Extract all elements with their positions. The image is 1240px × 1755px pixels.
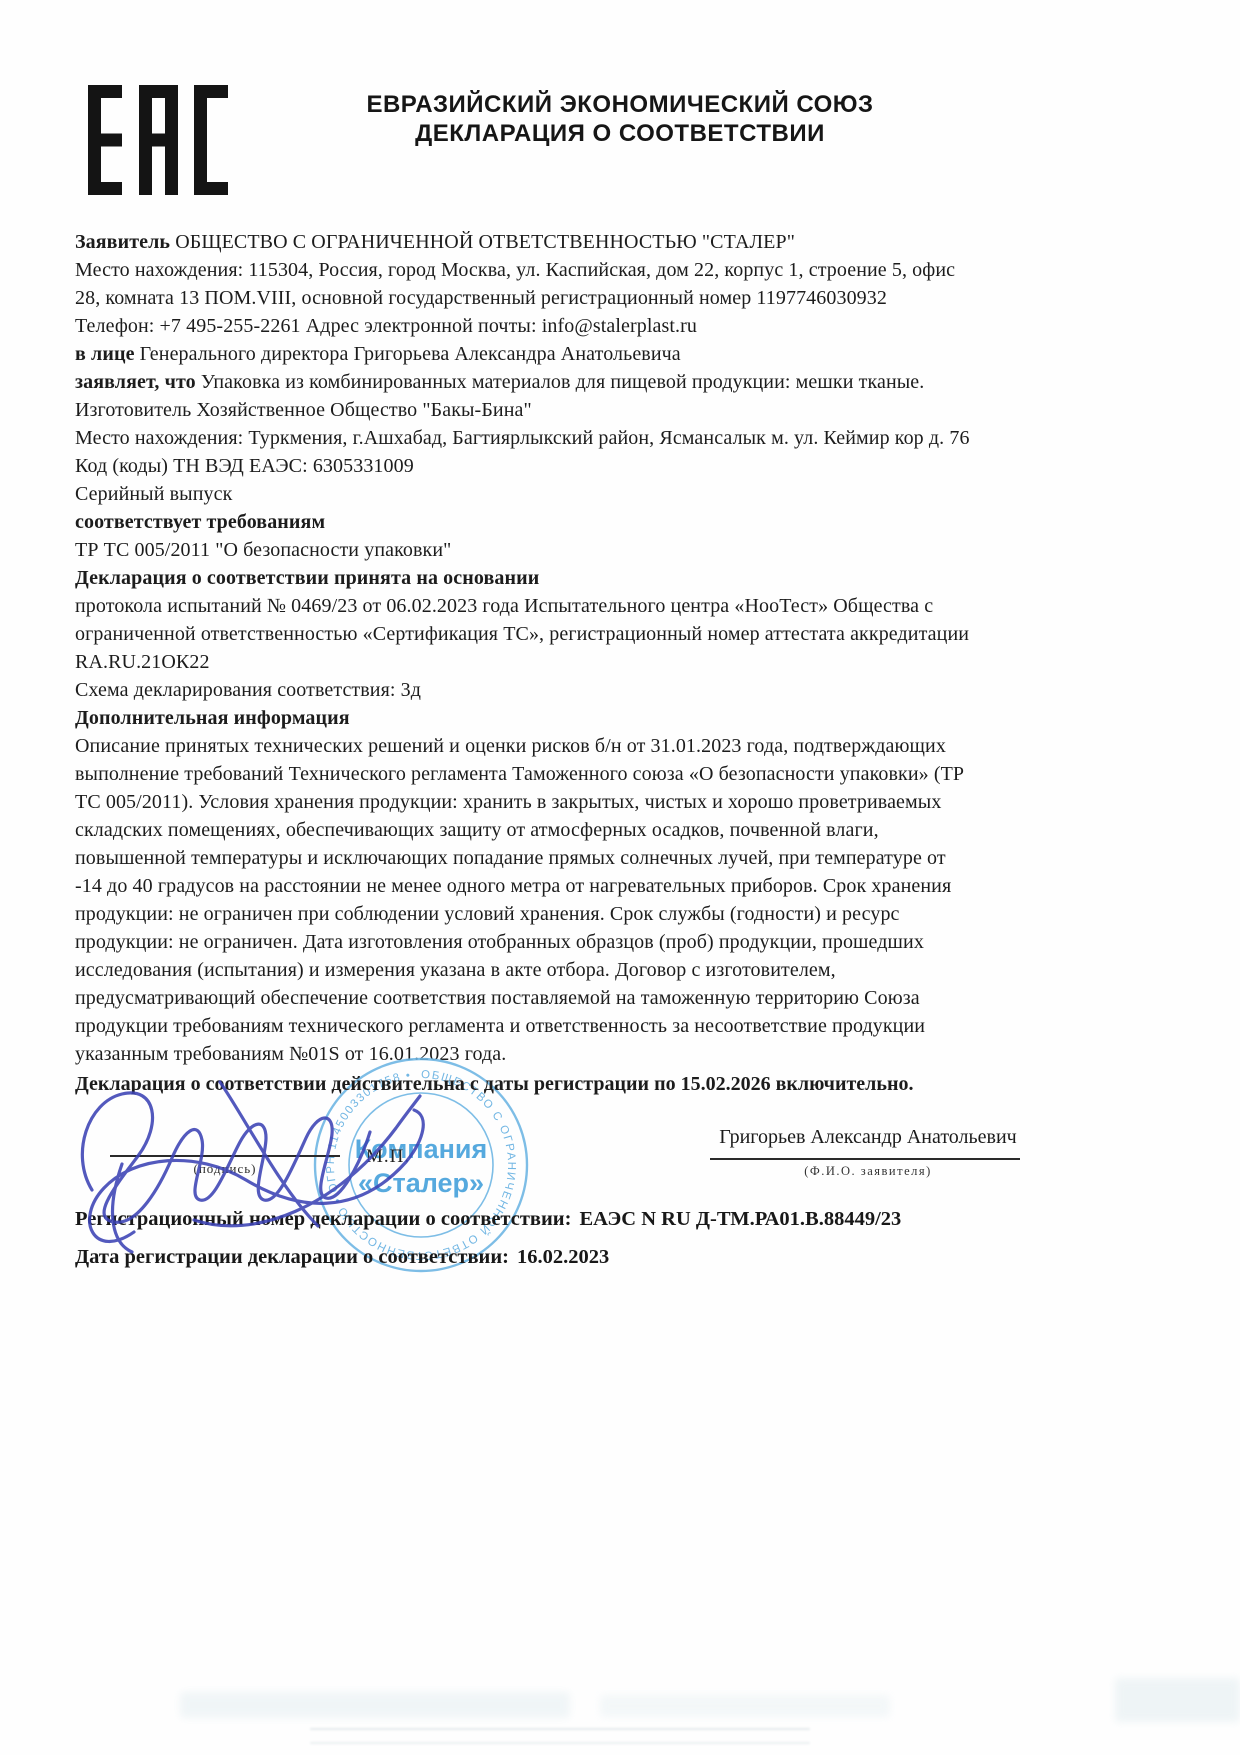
document-body: Заявитель ОБЩЕСТВО С ОГРАНИЧЕННОЙ ОТВЕТС… — [75, 228, 1055, 1068]
scan-ghost-artifact — [310, 1742, 810, 1744]
declarant-line — [710, 1158, 1020, 1160]
scan-ghost-artifact — [1115, 1678, 1240, 1722]
document-line: Код (коды) ТН ВЭД ЕАЭС: 6305331009 — [75, 452, 1055, 480]
document-line: в лице Генерального директора Григорьева… — [75, 340, 1055, 368]
registration-date-value: 16.02.2023 — [517, 1246, 609, 1268]
document-title: ЕВРАЗИЙСКИЙ ЭКОНОМИЧЕСКИЙ СОЮЗ ДЕКЛАРАЦИ… — [280, 90, 960, 148]
document-line: продукции требованиям технического регла… — [75, 1012, 1055, 1040]
scan-ghost-artifact — [180, 1692, 570, 1718]
document-line: Серийный выпуск — [75, 480, 1055, 508]
scan-ghost-artifact — [310, 1728, 810, 1730]
document-line: RA.RU.21ОК22 — [75, 648, 1055, 676]
declarant-caption: (Ф.И.О. заявителя) — [718, 1164, 1018, 1179]
document-line: предусматривающий обеспечение соответств… — [75, 984, 1055, 1012]
document-line: соответствует требованиям — [75, 508, 1055, 536]
document-line: заявляет, что Упаковка из комбинированны… — [75, 368, 1055, 396]
document-line: Телефон: +7 495-255-2261 Адрес электронн… — [75, 312, 1055, 340]
document-line: ТР ТС 005/2011 "О безопасности упаковки" — [75, 536, 1055, 564]
document-line: продукции: не ограничен. Дата изготовлен… — [75, 928, 1055, 956]
document-line: протокола испытаний № 0469/23 от 06.02.2… — [75, 592, 1055, 620]
document-line: Описание принятых технических решений и … — [75, 732, 1055, 760]
document-line: Место нахождения: Туркмения, г.Ашхабад, … — [75, 424, 1055, 452]
document-line: ограниченной ответственностью «Сертифика… — [75, 620, 1055, 648]
document-line: Дополнительная информация — [75, 704, 1055, 732]
document-line: Изготовитель Хозяйственное Общество "Бак… — [75, 396, 1055, 424]
document-line: Место нахождения: 115304, Россия, город … — [75, 256, 1055, 284]
document-line: выполнение требований Технического регла… — [75, 760, 1055, 788]
document-line: Заявитель ОБЩЕСТВО С ОГРАНИЧЕННОЙ ОТВЕТС… — [75, 228, 1055, 256]
eac-logo — [88, 84, 228, 196]
document-line: ТС 005/2011). Условия хранения продукции… — [75, 788, 1055, 816]
document-line: складских помещениях, обеспечивающих защ… — [75, 816, 1055, 844]
document-line: повышенной температуры и исключающих поп… — [75, 844, 1055, 872]
document-line: Схема декларирования соответствия: 3д — [75, 676, 1055, 704]
title-line-1: ЕВРАЗИЙСКИЙ ЭКОНОМИЧЕСКИЙ СОЮЗ — [280, 90, 960, 119]
signature-image — [70, 1068, 470, 1258]
registration-number-value: ЕАЭС N RU Д-ТМ.РА01.В.88449/23 — [579, 1208, 901, 1230]
document-line: исследования (испытания) и измерения ука… — [75, 956, 1055, 984]
document-line: Декларация о соответствии принята на осн… — [75, 564, 1055, 592]
document-line: -14 до 40 градусов на расстоянии не мене… — [75, 872, 1055, 900]
title-line-2: ДЕКЛАРАЦИЯ О СООТВЕТСТВИИ — [280, 119, 960, 148]
document-page: ЕВРАЗИЙСКИЙ ЭКОНОМИЧЕСКИЙ СОЮЗ ДЕКЛАРАЦИ… — [0, 0, 1240, 1755]
document-line: указанным требованиям №01S от 16.01.2023… — [75, 1040, 1055, 1068]
document-line: 28, комната 13 ПОМ.VIII, основной госуда… — [75, 284, 1055, 312]
declarant-name: Григорьев Александр Анатольевич — [718, 1126, 1018, 1149]
document-line: продукции: не ограничен при соблюдении у… — [75, 900, 1055, 928]
scan-ghost-artifact — [600, 1695, 890, 1717]
